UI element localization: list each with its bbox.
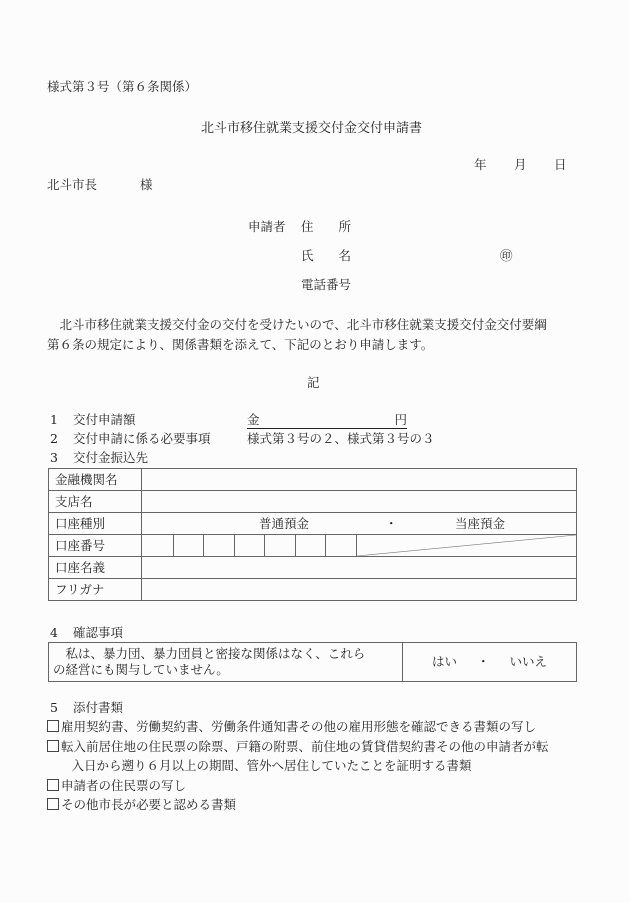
answer-separator: ・ [477,654,490,669]
item-4-num: 4 [50,625,58,641]
account-number-label: 口座番号 [49,535,142,557]
item-2-label: 交付申請に係る必要事項 [73,431,211,447]
ki-heading: 記 [307,375,320,391]
checkbox-icon[interactable] [47,798,59,810]
checkbox-icon[interactable] [47,779,59,791]
confirmation-statement-line2: の経営にも関与していません。 [53,662,398,678]
attachment-item-3[interactable]: 申請者の住民票の写し [47,778,186,794]
furigana-label: フリガナ [49,579,142,601]
attachment-item-2[interactable]: 転入前居住地の住民票の除票、戸籍の附票、前住地の賃貸借契約書その他の申請者が転 [47,739,549,755]
date-month: 月 [514,157,527,173]
branch-name-input[interactable] [142,491,577,513]
item-2-value: 様式第３号の２、様式第３号の３ [247,431,435,447]
table-row: フリガナ [49,579,577,601]
amount-prefix: 金 [247,412,260,427]
account-type-separator: ・ [385,516,398,532]
account-digit-5[interactable] [265,535,296,557]
account-type-ordinary[interactable]: 普通預金 [259,516,309,532]
answer-no[interactable]: いいえ [509,654,547,669]
attachment-item-2-text: 転入前居住地の住民票の除票、戸籍の附票、前住地の賃貸借契約書その他の申請者が転 [61,739,549,754]
date-year: 年 [474,157,487,173]
addressee-name: 北斗市長 [47,177,97,193]
applicant-label: 申請者 [248,219,286,235]
bank-transfer-table: 金融機関名 支店名 口座種別 普通預金 ・ 当座預金 口座番号 [48,468,577,601]
attachment-item-4[interactable]: その他市長が必要と認める書類 [47,797,236,813]
item-3-label: 交付金振込先 [73,450,148,466]
diagonal-strike-line [357,535,576,556]
account-digit-4[interactable] [235,535,265,557]
item-3-num: 3 [50,450,58,466]
date-day: 日 [554,157,567,173]
account-number-unused-area [357,535,577,557]
form-number: 様式第３号（第６条関係） [47,79,197,95]
confirmation-heading: 確認事項 [73,625,123,641]
attachments-heading: 添付書類 [73,700,123,716]
branch-name-label: 支店名 [49,491,142,513]
account-type-cell: 普通預金 ・ 当座預金 [142,513,577,535]
furigana-input[interactable] [142,579,577,601]
addressee-honorific: 様 [140,177,153,193]
answer-yes[interactable]: はい [432,654,457,669]
account-digit-7[interactable] [326,535,357,557]
attachment-item-4-text: その他市長が必要と認める書類 [61,797,236,812]
body-text-line2: 第６条の規定により、関係書類を添えて、下記のとおり申請します。 [47,337,433,353]
attachment-item-2-line2: 入日から遡り６月以上の期間、管外へ居住していたことを証明する書類 [59,758,472,774]
confirmation-table: 私は、暴力団、暴力団員と密接な関係はなく、これら の経営にも関与していません。 … [48,642,577,682]
table-row: 口座番号 [49,535,577,557]
account-digit-3[interactable] [204,535,235,557]
page-title: 北斗市移住就業支援交付金交付申請書 [201,121,422,137]
body-text-line1: 北斗市移住就業支援交付金の交付を受けたいので、北斗市移住就業支援交付金交付要綱 [47,317,547,333]
table-row: 口座名義 [49,557,577,579]
account-digit-6[interactable] [296,535,326,557]
bank-name-input[interactable] [142,469,577,491]
amount-field[interactable]: 金 円 [247,412,407,429]
account-type-checking[interactable]: 当座預金 [455,516,505,532]
seal-mark: ㊞ [500,248,513,264]
table-row: 金融機関名 [49,469,577,491]
phone-label: 電話番号 [301,277,351,293]
amount-suffix: 円 [394,412,407,428]
item-2-num: 2 [50,431,58,447]
table-row: 口座種別 普通預金 ・ 当座預金 [49,513,577,535]
table-row: 私は、暴力団、暴力団員と密接な関係はなく、これら の経営にも関与していません。 … [49,643,577,682]
table-row: 支店名 [49,491,577,513]
item-5-num: 5 [50,700,58,716]
confirmation-answer: はい ・ いいえ [403,643,577,682]
attachment-item-1[interactable]: 雇用契約書、労働契約書、労働条件通知書その他の雇用形態を確認できる書類の写し [47,719,536,735]
item-1-num: 1 [50,412,58,428]
account-holder-label: 口座名義 [49,557,142,579]
attachment-item-3-text: 申請者の住民票の写し [61,778,186,793]
item-1-label: 交付申請額 [73,412,136,428]
name-label: 氏 名 [301,248,351,264]
checkbox-icon[interactable] [47,740,59,752]
attachment-item-1-text: 雇用契約書、労働契約書、労働条件通知書その他の雇用形態を確認できる書類の写し [61,719,536,734]
account-holder-input[interactable] [142,557,577,579]
account-type-label: 口座種別 [49,513,142,535]
checkbox-icon[interactable] [47,720,59,732]
account-digit-1[interactable] [142,535,174,557]
address-label: 住 所 [301,219,351,235]
confirmation-statement-line1: 私は、暴力団、暴力団員と密接な関係はなく、これら [53,646,398,662]
bank-name-label: 金融機関名 [49,469,142,491]
confirmation-statement: 私は、暴力団、暴力団員と密接な関係はなく、これら の経営にも関与していません。 [49,643,403,682]
account-digit-2[interactable] [174,535,204,557]
